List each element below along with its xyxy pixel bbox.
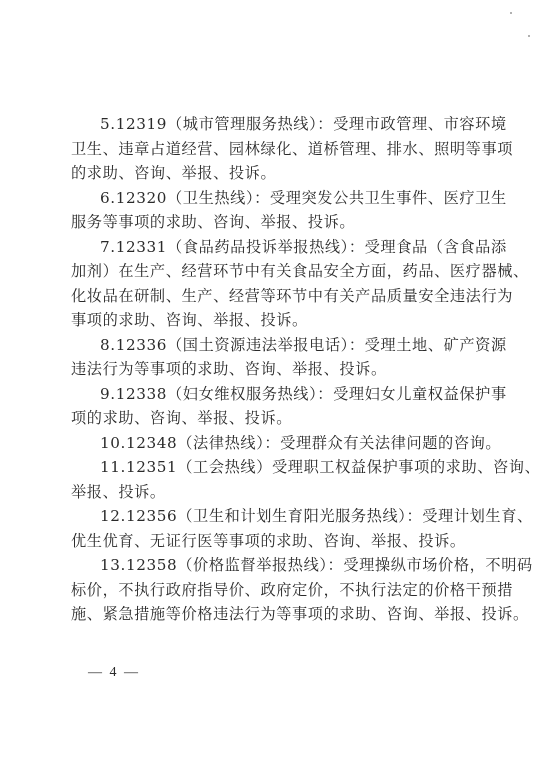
text-line: 7.12331（食品药品投诉举报热线）：受理食品（含食品添 bbox=[100, 237, 504, 258]
text-line: 标价，不执行政府指导价、政府定价，不执行法定的价格干预措 bbox=[71, 580, 475, 601]
text-line: 11.12351（工会热线）受理职工权益保护事项的求助、咨询、 bbox=[100, 457, 504, 478]
text-line: 事项的求助、咨询、举报、投诉。 bbox=[71, 310, 475, 331]
text-line: 举报、投诉。 bbox=[71, 482, 475, 503]
document-page: 5.12319（城市管理服务热线）：受理市政管理、市容环境卫生、违章占道经营、园… bbox=[0, 0, 544, 768]
text-line: 服务等事项的求助、咨询、举报、投诉。 bbox=[71, 212, 475, 233]
text-line: 施、紧急措施等价格违法行为等事项的求助、咨询、举报、投诉。 bbox=[71, 604, 475, 625]
text-line: 违法行为等事项的求助、咨询、举报、投诉。 bbox=[71, 359, 475, 380]
text-line: 化妆品在研制、生产、经营等环节中有关产品质量安全违法行为 bbox=[71, 286, 475, 307]
text-line: 9.12338（妇女维权服务热线）：受理妇女儿童权益保护事 bbox=[100, 384, 504, 405]
text-line: 8.12336（国土资源违法举报电话）：受理土地、矿产资源 bbox=[100, 335, 504, 356]
scan-speck bbox=[510, 12, 512, 14]
text-line: 加剂）在生产、经营环节中有关食品安全方面，药品、医疗器械、 bbox=[71, 261, 475, 282]
page-number: — 4 — bbox=[88, 665, 140, 681]
scan-speck bbox=[528, 35, 530, 37]
text-line: 卫生、违章占道经营、园林绿化、道桥管理、排水、照明等事项 bbox=[71, 139, 475, 160]
text-line: 优生优育、无证行医等事项的求助、咨询、举报、投诉。 bbox=[71, 531, 475, 552]
text-line: 10.12348（法律热线）：受理群众有关法律问题的咨询。 bbox=[100, 433, 504, 454]
text-line: 的求助、咨询、举报、投诉。 bbox=[71, 163, 475, 184]
text-line: 项的求助、咨询、举报、投诉。 bbox=[71, 408, 475, 429]
text-line: 13.12358（价格监督举报热线）：受理操纵市场价格，不明码 bbox=[100, 555, 504, 576]
text-line: 12.12356（卫生和计划生育阳光服务热线）：受理计划生育、 bbox=[100, 506, 504, 527]
text-line: 6.12320（卫生热线）：受理突发公共卫生事件、医疗卫生 bbox=[100, 188, 504, 209]
text-line: 5.12319（城市管理服务热线）：受理市政管理、市容环境 bbox=[100, 114, 504, 135]
